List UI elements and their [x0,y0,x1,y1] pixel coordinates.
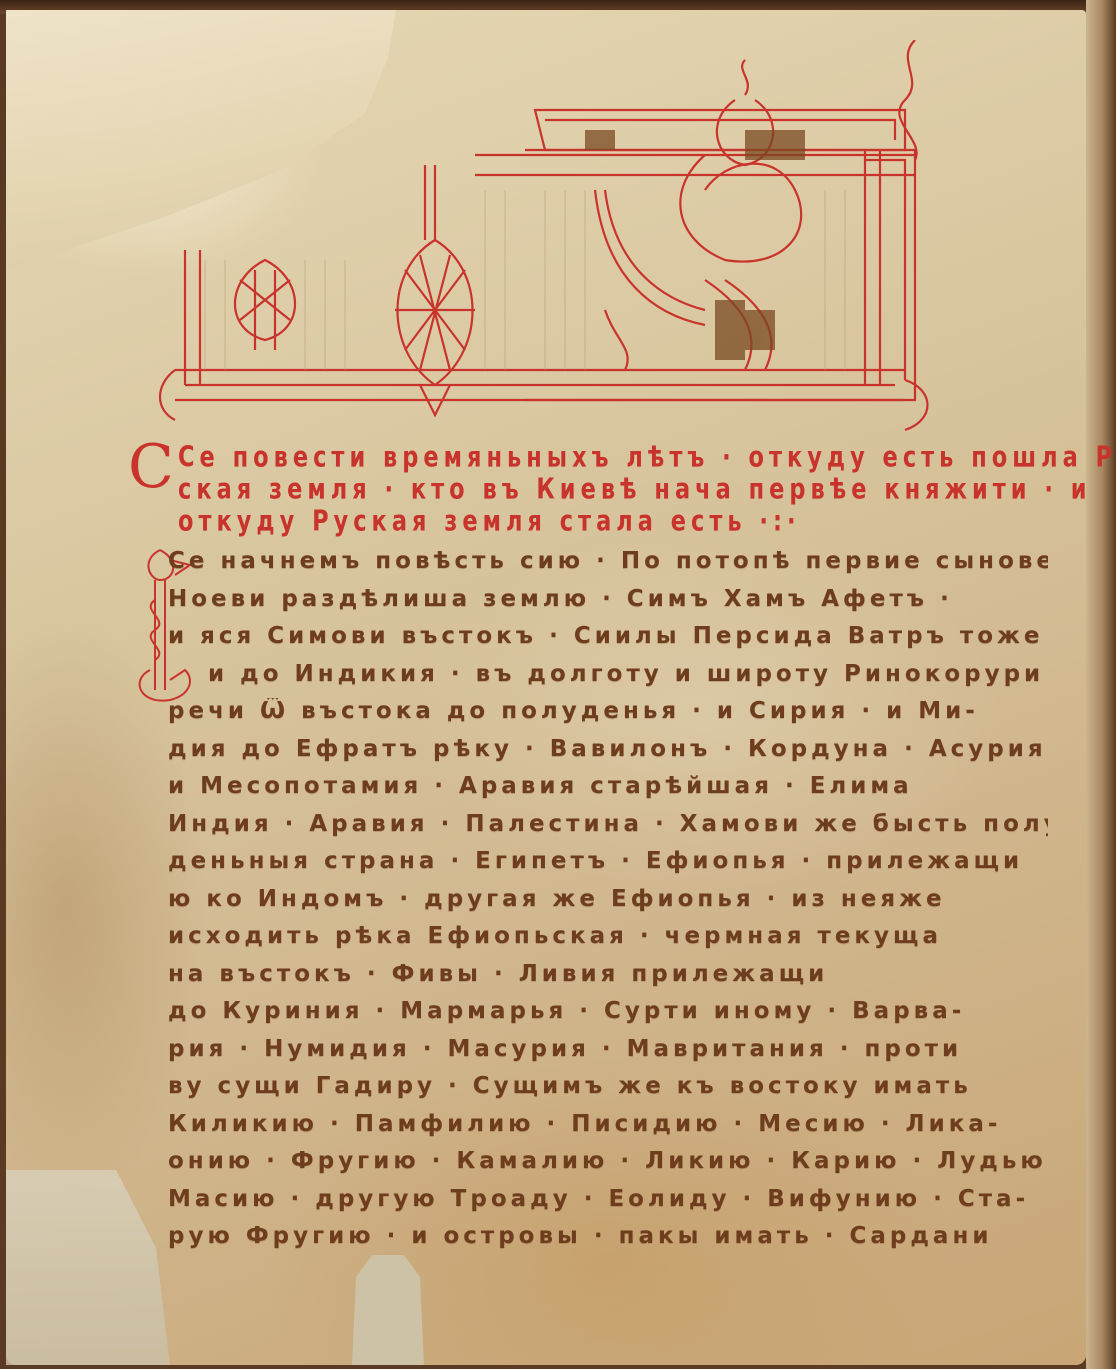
rubric-initial-letter: С [128,437,174,497]
text-line: и яся Симови въстокъ · Сиилы Персида Ват… [168,623,1048,661]
parchment-repair-patch-small [348,1255,428,1365]
text-line: и до Индикия · въ долготу и широту Ринок… [168,661,1048,699]
rubric-line-3: откуду Руская земля стала есть ·:· [178,504,801,537]
rubric-line-2: ская земля · кто въ Киевѣ нача первѣе кн… [178,472,1092,505]
text-line: ву сущи Гадиру · Сущимъ же къ востоку им… [168,1073,1048,1111]
text-line: ю ко Индомъ · другая же Ефиопья · из нея… [168,886,1048,924]
text-line: Се начнемъ повѣсть сию · По потопѣ перви… [168,548,1048,586]
text-line: Ноеви раздѣлиша землю · Симъ Хамъ Афетъ … [168,586,1048,624]
text-line: Масию · другую Троаду · Еолиду · Вифунию… [168,1186,1048,1224]
text-line: деньныя страна · Египетъ · Ефиопья · при… [168,848,1048,886]
text-line: на въстокъ · Фивы · Ливия прилежащи [168,961,1048,999]
text-line: и Месопотамия · Аравия старѣйшая · Елима [168,773,1048,811]
text-line: рую Фругию · и островы · пакы имать · Са… [168,1223,1048,1261]
text-line: онию · Фругию · Камалию · Ликию · Карию … [168,1148,1048,1186]
text-line: рия · Нумидия · Масурия · Мавритания · п… [168,1036,1048,1074]
text-line: дия до Ефратъ рѣку · Вавилонъ · Кордуна … [168,736,1048,774]
book-spine-gutter [1086,0,1116,1369]
text-line: речи Ѿ въстока до полуденья · и Сирия · … [168,698,1048,736]
manuscript-body-text: Се начнемъ повѣсть сию · По потопѣ перви… [168,548,1048,1261]
interlace-headpiece-ornament [145,40,945,440]
rubric-line-1: Се повести времяньныхъ лѣтъ · откуду ест… [178,440,1116,473]
text-line: Киликию · Памфилию · Писидию · Месию · Л… [168,1111,1048,1149]
text-line: Индия · Аравия · Палестина · Хамови же б… [168,811,1048,849]
text-line: исходить рѣка Ефиопьская · чермная текущ… [168,923,1048,961]
text-line: до Куриния · Мармарья · Сурти иному · Ва… [168,998,1048,1036]
